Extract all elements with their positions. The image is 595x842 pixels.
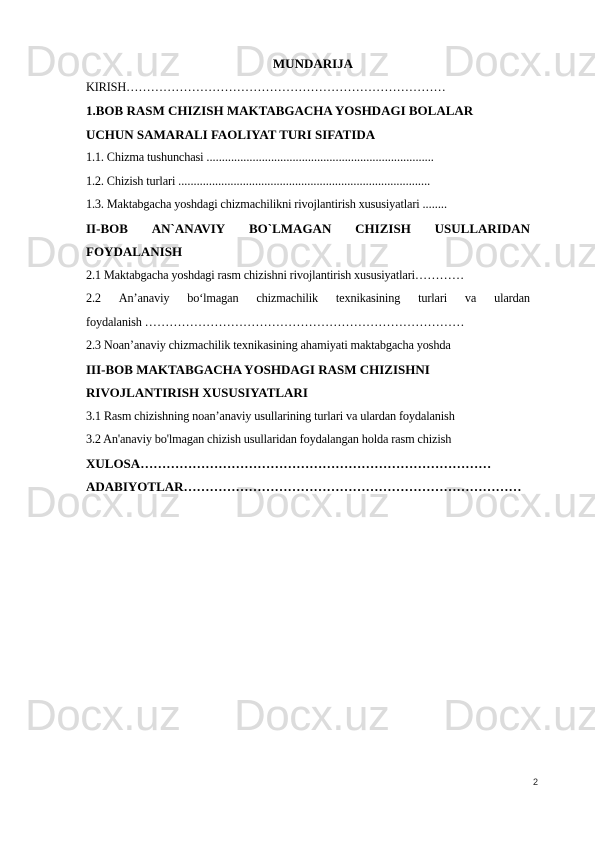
toc-word: II-BOB [86, 217, 128, 241]
toc-entry-text: 2.3 Noan’anaviy chizmachilik texnikasini… [86, 338, 451, 352]
toc-word: CHIZISH [355, 217, 411, 241]
toc-leader-dots: ……………………………………………………………………… [140, 456, 491, 471]
watermark: Docx.uz [443, 694, 595, 738]
page-number: 2 [533, 777, 538, 787]
toc-entry-bob2-l1[interactable]: II-BOBAN`ANAVIYBO`LMAGANCHIZISHUSULLARID… [86, 217, 530, 241]
toc-entry-s1-1[interactable]: 1.1. Chizma tushunchasi ................… [86, 146, 530, 170]
table-of-contents: MUNDARIJA KIRISH………………………………………………………………… [86, 52, 530, 499]
toc-entry-s2-1[interactable]: 2.1 Maktabgacha yoshdagi rasm chizishni … [86, 264, 530, 288]
toc-entry-text: XULOSA [86, 456, 140, 471]
toc-entry-bob3-l1[interactable]: III-BOB MAKTABGACHA YOSHDAGI RASM CHIZIS… [86, 358, 530, 382]
toc-entry-text: KIRISH [86, 80, 126, 94]
toc-entry-text: 3.2 An'anaviy bo'lmagan chizish usullari… [86, 432, 451, 446]
toc-entry-bob2-l2[interactable]: FOYDALANISH [86, 240, 530, 264]
toc-entry-text: foydalanish [86, 315, 145, 329]
toc-word: USULLARIDAN [435, 217, 530, 241]
toc-word: va [465, 287, 476, 311]
toc-entry-kirish[interactable]: KIRISH…………………………………………………………………… [86, 76, 530, 100]
toc-entry-text: 1.2. Chizish turlari [86, 174, 178, 188]
toc-entry-s1-2[interactable]: 1.2. Chizish turlari ...................… [86, 170, 530, 194]
toc-word: AN`ANAVIY [152, 217, 225, 241]
toc-entry-s1-3[interactable]: 1.3. Maktabgacha yoshdagi chizmachilikni… [86, 193, 530, 217]
toc-word: chizmachilik [256, 287, 318, 311]
toc-word: turlari [418, 287, 447, 311]
toc-leader-dots: …………………………………………………………………… [126, 80, 446, 94]
watermark: Docx.uz [234, 694, 389, 738]
toc-entry-s3-1[interactable]: 3.1 Rasm chizishning noan’anaviy usullar… [86, 405, 530, 429]
toc-title: MUNDARIJA [86, 52, 530, 76]
toc-entry-bob1-l2[interactable]: UCHUN SAMARALI FAOLIYAT TURI SIFATIDA [86, 123, 530, 147]
toc-entry-bob3-l2[interactable]: RIVOJLANTIRISH XUSUSIYATLARI [86, 381, 530, 405]
toc-word: 2.2 [86, 287, 101, 311]
toc-entry-text: 1.3. Maktabgacha yoshdagi chizmachilikni… [86, 197, 422, 211]
toc-word: BO`LMAGAN [249, 217, 331, 241]
toc-entry-adabiyotlar[interactable]: ADABIYOTLAR…………………………………………………………………… [86, 475, 530, 499]
toc-entry-text: 3.1 Rasm chizishning noan’anaviy usullar… [86, 409, 455, 423]
toc-word: texnikasining [336, 287, 400, 311]
toc-entry-text: 1.BOB RASM CHIZISH MAKTABGACHA YOSHDAGI … [86, 103, 473, 118]
toc-leader-dots: …………………………………………………………………… [184, 479, 522, 494]
toc-leader-dots: ........................................… [178, 174, 430, 188]
toc-entry-text: 2.1 Maktabgacha yoshdagi rasm chizishni … [86, 268, 415, 282]
toc-leader-dots: ........ [422, 197, 447, 211]
toc-word: ulardan [494, 287, 530, 311]
toc-leader-dots: …………………………………………………………………… [145, 315, 465, 329]
toc-entry-bob1-l1[interactable]: 1.BOB RASM CHIZISH MAKTABGACHA YOSHDAGI … [86, 99, 530, 123]
toc-entry-xulosa[interactable]: XULOSA……………………………………………………………………… [86, 452, 530, 476]
toc-entry-s2-3[interactable]: 2.3 Noan’anaviy chizmachilik texnikasini… [86, 334, 530, 358]
toc-leader-dots: ………… [415, 268, 464, 282]
toc-leader-dots: ........................................… [206, 150, 434, 164]
toc-entry-text: UCHUN SAMARALI FAOLIYAT TURI SIFATIDA [86, 127, 375, 142]
toc-entry-s2-2-l1[interactable]: 2.2An’anaviybo‘lmaganchizmachiliktexnika… [86, 287, 530, 311]
toc-entry-s2-2-l2[interactable]: foydalanish …………………………………………………………………… [86, 311, 530, 335]
toc-word: bo‘lmagan [187, 287, 238, 311]
watermark: Docx.uz [25, 694, 180, 738]
toc-entry-text: FOYDALANISH [86, 244, 182, 259]
toc-entry-s3-2[interactable]: 3.2 An'anaviy bo'lmagan chizish usullari… [86, 428, 530, 452]
toc-entry-text: III-BOB MAKTABGACHA YOSHDAGI RASM CHIZIS… [86, 362, 430, 377]
toc-word: An’anaviy [119, 287, 170, 311]
toc-entry-text: 1.1. Chizma tushunchasi [86, 150, 206, 164]
toc-entry-text: RIVOJLANTIRISH XUSUSIYATLARI [86, 385, 308, 400]
toc-entries: KIRISH……………………………………………………………………1.BOB RA… [86, 76, 530, 499]
toc-entry-text: ADABIYOTLAR [86, 479, 184, 494]
